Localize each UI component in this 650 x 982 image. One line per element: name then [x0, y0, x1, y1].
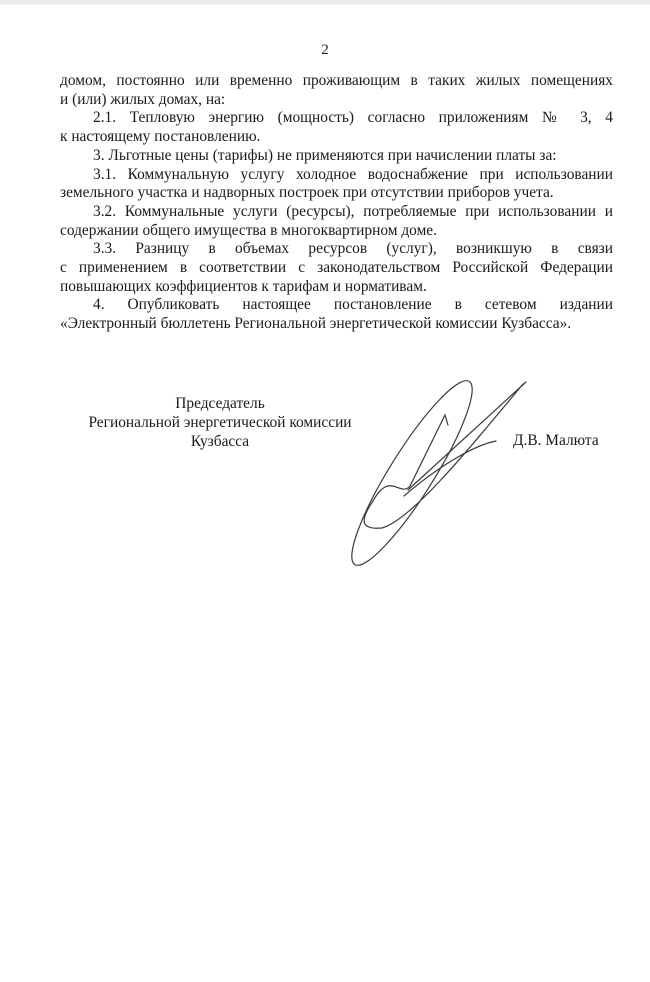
text-line: 3.1. Коммунальную услугу холодное водосн… — [60, 166, 613, 185]
paragraph-3: 3. Льготные цены (тарифы) не применяются… — [60, 147, 613, 166]
handwritten-signature-icon — [300, 370, 540, 570]
page-number: 2 — [0, 42, 650, 59]
text-line: к настоящему постановлению. — [60, 128, 613, 147]
text-line: с применением в соответствии с законодат… — [60, 259, 613, 278]
text-line: 3.2. Коммунальные услуги (ресурсы), потр… — [60, 203, 613, 222]
text-line: 4. Опубликовать настоящее постановление … — [60, 296, 613, 315]
text-line: и (или) жилых домах, на: — [60, 91, 613, 110]
text-line: «Электронный бюллетень Региональной энер… — [60, 315, 613, 334]
text-line: повышающих коэффициентов к тарифам и нор… — [60, 278, 613, 297]
document-body: домом, постоянно или временно проживающи… — [60, 72, 613, 334]
paragraph-4: 4. Опубликовать настоящее постановление … — [60, 296, 613, 333]
text-line: 3.3. Разницу в объемах ресурсов (услуг),… — [60, 240, 613, 259]
text-line: 3. Льготные цены (тарифы) не применяются… — [60, 147, 613, 166]
text-line: 2.1. Тепловую энергию (мощность) согласн… — [60, 109, 613, 128]
paragraph-continuation: домом, постоянно или временно проживающи… — [60, 72, 613, 109]
text-line: содержании общего имущества в многокварт… — [60, 222, 613, 241]
paragraph-3-2: 3.2. Коммунальные услуги (ресурсы), потр… — [60, 203, 613, 240]
paragraph-2-1: 2.1. Тепловую энергию (мощность) согласн… — [60, 109, 613, 146]
text-line: домом, постоянно или временно проживающи… — [60, 72, 613, 91]
paragraph-3-1: 3.1. Коммунальную услугу холодное водосн… — [60, 166, 613, 203]
paragraph-3-3: 3.3. Разницу в объемах ресурсов (услуг),… — [60, 240, 613, 296]
text-line: земельного участка и надворных построек … — [60, 184, 613, 203]
top-edge-band — [0, 0, 650, 5]
